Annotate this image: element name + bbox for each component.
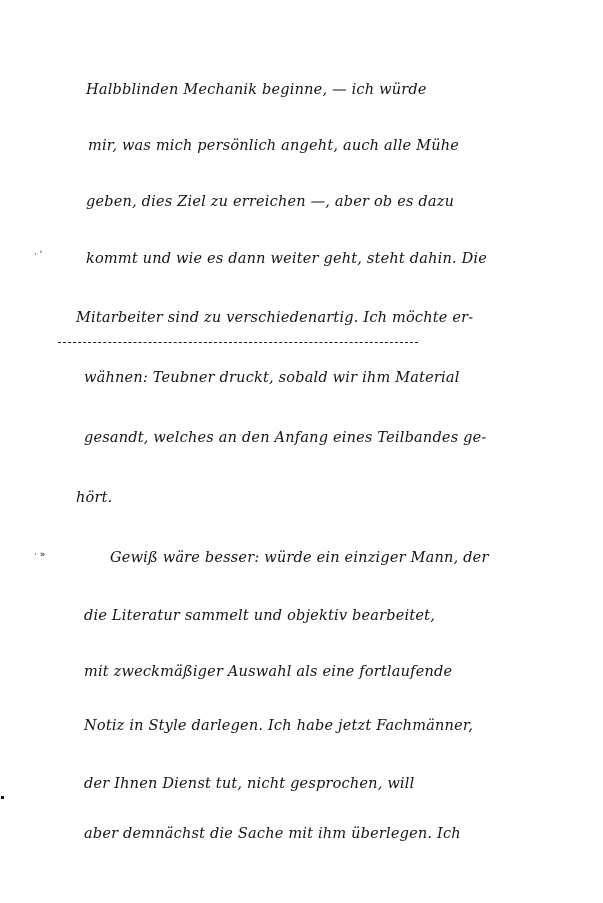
- manuscript-line-5: Mitarbeiter sind zu verschiedenartig. Ic…: [76, 310, 473, 326]
- manuscript-page: Halbblinden Mechanik beginne, — ich würd…: [0, 0, 603, 903]
- margin-mark: · ': [34, 250, 42, 260]
- manuscript-line-7: gesandt, welches an den Anfang eines Tei…: [84, 430, 487, 446]
- margin-mark: · »: [34, 550, 45, 560]
- manuscript-line-10: die Literatur sammelt und objektiv bearb…: [84, 608, 435, 624]
- manuscript-line-13: der Ihnen Dienst tut, nicht gesprochen, …: [84, 776, 414, 792]
- manuscript-line-6: wähnen: Teubner druckt, sobald wir ihm M…: [84, 370, 460, 386]
- dashed-underline: [58, 342, 418, 343]
- manuscript-line-12: Notiz in Style darlegen. Ich habe jetzt …: [84, 718, 473, 734]
- manuscript-line-1: Halbblinden Mechanik beginne, — ich würd…: [86, 82, 546, 98]
- manuscript-line-14: aber demnächst die Sache mit ihm überleg…: [84, 826, 461, 842]
- manuscript-line-9: Gewiß wäre besser: würde ein einziger Ma…: [110, 550, 489, 566]
- manuscript-line-4: kommt und wie es dann weiter geht, steht…: [86, 251, 487, 267]
- manuscript-line-8: hört.: [76, 490, 112, 506]
- manuscript-line-3: geben, dies Ziel zu erreichen —, aber ob…: [86, 194, 454, 210]
- manuscript-line-2: mir, was mich persönlich angeht, auch al…: [88, 138, 459, 154]
- ink-dot: [1, 796, 4, 799]
- manuscript-line-11: mit zweckmäßiger Auswahl als eine fortla…: [84, 664, 452, 680]
